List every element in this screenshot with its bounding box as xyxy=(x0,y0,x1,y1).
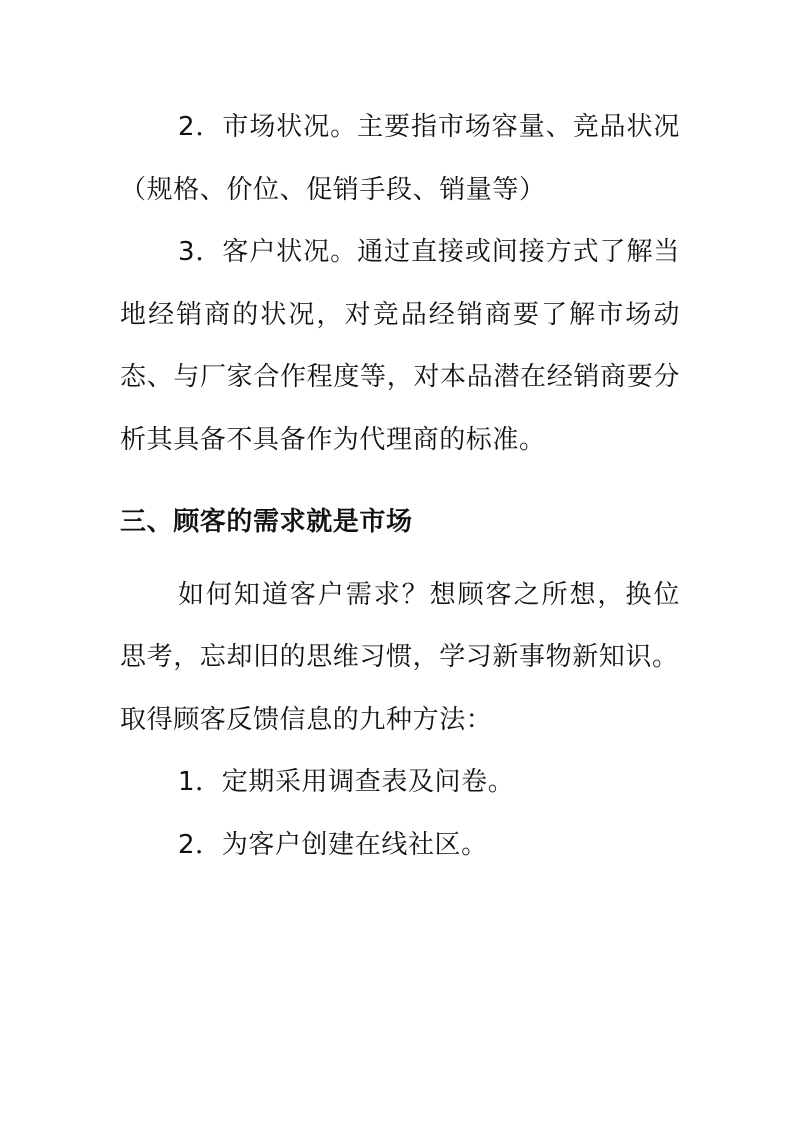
methods-list: 1．定期采用调查表及问卷。 2．为客户创建在线社区。 xyxy=(120,751,680,876)
methods-title: 取得顾客反馈信息的九种方法： xyxy=(120,689,680,752)
list-item: 2．为客户创建在线社区。 xyxy=(120,814,680,877)
list-item: 1．定期采用调查表及问卷。 xyxy=(120,751,680,814)
paragraph-customer-status: 3．客户状况。通过直接或间接方式了解当地经销商的状况，对竞品经销商要了解市场动态… xyxy=(120,221,680,471)
section-heading: 三、顾客的需求就是市场 xyxy=(120,481,680,564)
paragraph-market-status: 2．市场状况。主要指市场容量、竞品状况（规格、价位、促销手段、销量等） xyxy=(120,96,680,221)
intro-paragraph: 如何知道客户需求？想顾客之所想，换位思考，忘却旧的思维习惯，学习新事物新知识。 xyxy=(120,564,680,689)
document-page: 2．市场状况。主要指市场容量、竞品状况（规格、价位、促销手段、销量等） 3．客户… xyxy=(120,96,680,876)
